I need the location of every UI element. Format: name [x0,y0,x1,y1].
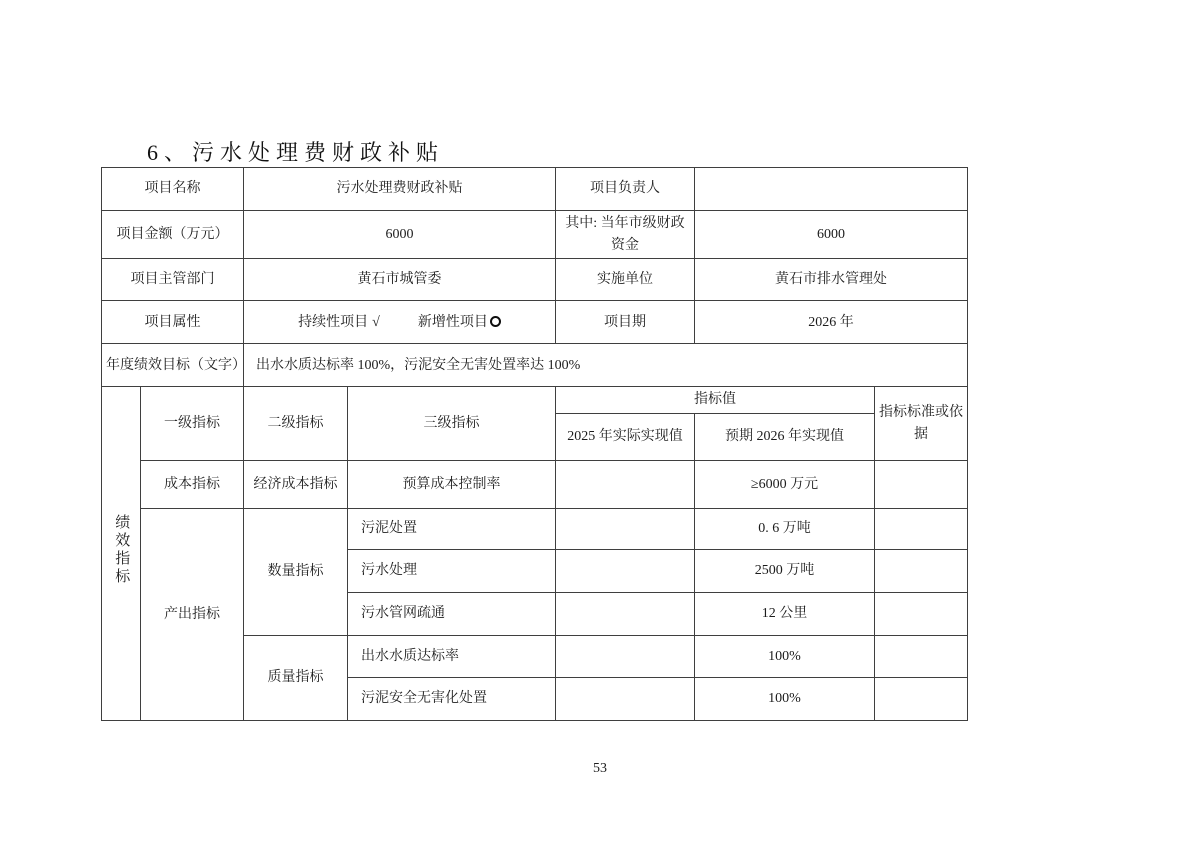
city-fiscal-fund-label: 其中: 当年市级财政资金 [556,211,695,259]
vertical-text: 绩效指标 [113,514,130,586]
project-name-label: 项目名称 [102,168,244,211]
table-row: 成本指标 经济成本指标 预算成本控制率 ≥6000 万元 [102,461,968,509]
value-2025-cell [556,636,695,678]
standard-cell [875,550,968,593]
level3-indicator-header: 三级指标 [348,387,556,461]
standard-cell [875,509,968,550]
value-2025-cell [556,509,695,550]
new-project-label: 新增性项目 [418,315,488,330]
budget-cost-control-cell: 预算成本控制率 [348,461,556,509]
annual-goal-label: 年度绩效目标（文字） [102,344,244,387]
budget-project-table: 项目名称 污水处理费财政补贴 项目负责人 项目金额（万元） 6000 其中: 当… [101,167,968,721]
table-row: 项目主管部门 黄石市城管委 实施单位 黄石市排水管理处 [102,259,968,301]
actual-2025-header: 2025 年实际实现值 [556,414,695,461]
quantity-indicator-cell: 数量指标 [244,509,348,636]
annual-goal-value: 出水水质达标率 100%，污泥安全无害处置率达 100% [244,344,968,387]
value-2026-cell: 12 公里 [695,593,875,636]
value-2026-cell: 2500 万吨 [695,550,875,593]
table-row: 年度绩效目标（文字） 出水水质达标率 100%，污泥安全无害处置率达 100% [102,344,968,387]
value-2025-cell [556,550,695,593]
sludge-disposal-cell: 污泥处置 [348,509,556,550]
indicator-value-group-header: 指标值 [556,387,875,414]
section-title: 6、污水处理费财政补贴 [147,136,444,167]
table-row: 绩效指标 一级指标 二级指标 三级指标 指标值 指标标准或依据 [102,387,968,414]
standard-cell [875,678,968,721]
new-project-option: 新增性项目 [418,315,501,330]
value-2026-cell: 0. 6 万吨 [695,509,875,550]
check-mark: √ [372,315,380,330]
project-leader-label: 项目负责人 [556,168,695,211]
table-row: 项目属性 持续性项目√新增性项目 项目期 2026 年 [102,301,968,344]
value-2025-cell [556,461,695,509]
effluent-quality-rate-cell: 出水水质达标率 [348,636,556,678]
project-leader-value [695,168,968,211]
value-2025-cell [556,593,695,636]
continuing-project-label: 持续性项目 [298,315,368,330]
competent-department-label: 项目主管部门 [102,259,244,301]
table-row: 项目金额（万元） 6000 其中: 当年市级财政资金 6000 [102,211,968,259]
output-indicator-cell: 产出指标 [141,509,244,721]
table-row: 产出指标 数量指标 污泥处置 0. 6 万吨 [102,509,968,550]
expected-2026-header: 预期 2026 年实现值 [695,414,875,461]
level2-indicator-header: 二级指标 [244,387,348,461]
cost-indicator-cell: 成本指标 [141,461,244,509]
continuing-project-option: 持续性项目√ [298,315,380,330]
implementing-unit-value: 黄石市排水管理处 [695,259,968,301]
hollow-circle-icon [490,316,501,327]
economic-cost-indicator-cell: 经济成本指标 [244,461,348,509]
value-2026-cell: ≥6000 万元 [695,461,875,509]
table-row: 项目名称 污水处理费财政补贴 项目负责人 [102,168,968,211]
project-amount-label: 项目金额（万元） [102,211,244,259]
standard-cell [875,593,968,636]
sewage-treatment-cell: 污水处理 [348,550,556,593]
project-period-label: 项目期 [556,301,695,344]
project-period-value: 2026 年 [695,301,968,344]
value-2025-cell [556,678,695,721]
sludge-harmless-disposal-cell: 污泥安全无害化处置 [348,678,556,721]
quality-indicator-cell: 质量指标 [244,636,348,721]
project-attribute-value: 持续性项目√新增性项目 [244,301,556,344]
indicator-standard-header: 指标标准或依据 [875,387,968,461]
project-amount-value: 6000 [244,211,556,259]
value-2026-cell: 100% [695,678,875,721]
value-2026-cell: 100% [695,636,875,678]
standard-cell [875,461,968,509]
performance-indicator-side-label: 绩效指标 [102,387,141,721]
level1-indicator-header: 一级指标 [141,387,244,461]
page-number: 53 [0,761,1200,777]
project-name-value: 污水处理费财政补贴 [244,168,556,211]
competent-department-value: 黄石市城管委 [244,259,556,301]
city-fiscal-fund-value: 6000 [695,211,968,259]
project-performance-table: 项目名称 污水处理费财政补贴 项目负责人 项目金额（万元） 6000 其中: 当… [101,167,968,721]
implementing-unit-label: 实施单位 [556,259,695,301]
pipe-network-dredging-cell: 污水管网疏通 [348,593,556,636]
standard-cell [875,636,968,678]
project-attribute-label: 项目属性 [102,301,244,344]
